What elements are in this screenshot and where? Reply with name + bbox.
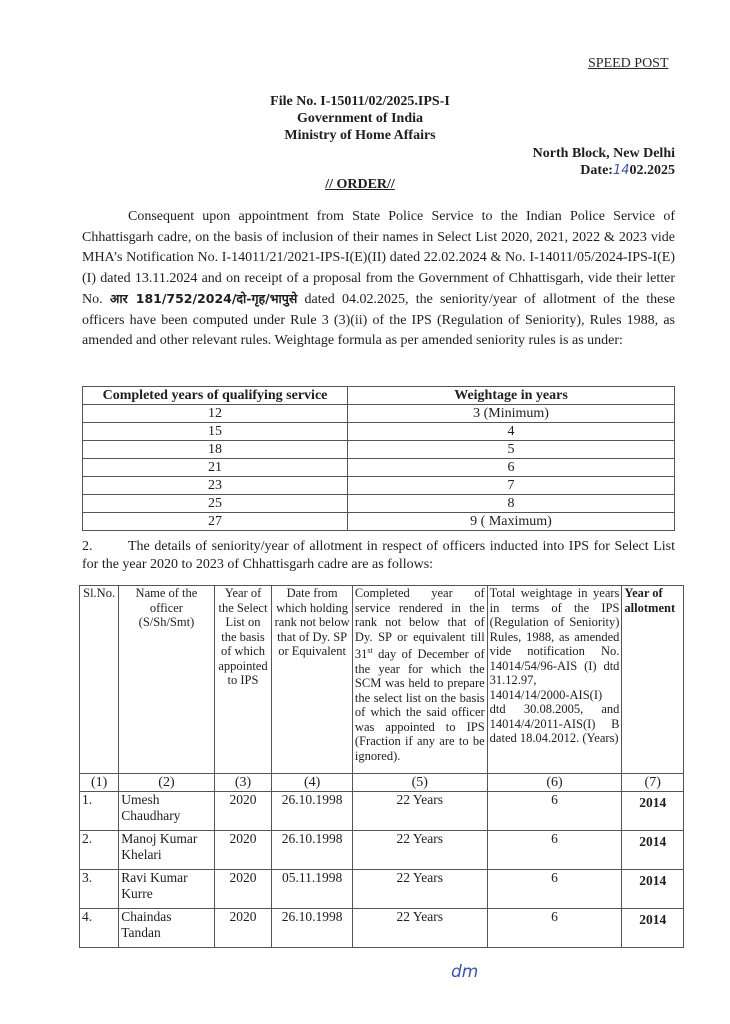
date-line: Date:1402.2025 — [505, 162, 675, 179]
year-of-allotment: 2014 — [622, 792, 684, 831]
dysp-rank-date: 26.10.1998 — [272, 792, 353, 831]
qualifying-service-years: 25 — [83, 495, 348, 513]
weightage-row: 216 — [83, 459, 675, 477]
dysp-rank-date: 05.11.1998 — [272, 870, 353, 909]
weightage-row: 258 — [83, 495, 675, 513]
total-weightage: 6 — [487, 792, 622, 831]
column-number-row: (1)(2)(3)(4)(5)(6)(7) — [80, 774, 684, 792]
date-rest: 02.2025 — [630, 163, 676, 178]
weightage-row: 237 — [83, 477, 675, 495]
weightage-row: 185 — [83, 441, 675, 459]
officer-name: Manoj Kumar Khelari — [119, 831, 214, 870]
weightage-years: 8 — [348, 495, 675, 513]
date-label: Date: — [580, 163, 613, 178]
year-of-allotment: 2014 — [622, 870, 684, 909]
paragraph-2-number: 2. — [82, 538, 128, 556]
header-select-list-year: Year of the Select List on the basis of … — [214, 586, 272, 774]
column-number: (5) — [352, 774, 487, 792]
column-number: (7) — [622, 774, 684, 792]
qualifying-service-years: 15 — [83, 423, 348, 441]
speed-post-label: SPEED POST — [588, 56, 669, 72]
sl-no: 3. — [80, 870, 119, 909]
header-total-weightage: Total weightage in years in terms of the… — [487, 586, 622, 774]
weightage-row: 154 — [83, 423, 675, 441]
location: North Block, New Delhi — [505, 145, 675, 162]
sl-no: 1. — [80, 792, 119, 831]
date-handwritten-day: 14 — [613, 163, 630, 178]
weightage-row: 123 (Minimum) — [83, 405, 675, 423]
year-of-allotment: 2014 — [622, 831, 684, 870]
select-list-year: 2020 — [214, 792, 272, 831]
paragraph-2: 2.The details of seniority/year of allot… — [82, 538, 675, 574]
column-number: (1) — [80, 774, 119, 792]
header-sl-no: Sl.No. — [80, 586, 119, 774]
header-completed-service: Completed year of service rendered in th… — [352, 586, 487, 774]
year-of-allotment: 2014 — [622, 909, 684, 948]
hindi-letter-reference: आर 181/752/2024/दो-गृह/भापुसे — [110, 291, 297, 306]
letter-header: File No. I-15011/02/2025.IPS-I Governmen… — [250, 93, 470, 144]
qualifying-service-years: 21 — [83, 459, 348, 477]
header-dysp-rank-date: Date from which holding rank not below t… — [272, 586, 353, 774]
officer-row: 2.Manoj Kumar Khelari202026.10.199822 Ye… — [80, 831, 684, 870]
qualifying-service-years: 23 — [83, 477, 348, 495]
weightage-table: Completed years of qualifying service We… — [82, 386, 675, 531]
officer-row: 4.Chaindas Tandan202026.10.199822 Years6… — [80, 909, 684, 948]
officer-name: Umesh Chaudhary — [119, 792, 214, 831]
order-title: // ORDER// — [270, 177, 450, 193]
total-weightage: 6 — [487, 909, 622, 948]
completed-service: 22 Years — [352, 831, 487, 870]
paragraph-1: Consequent upon appointment from State P… — [82, 207, 675, 352]
completed-service: 22 Years — [352, 792, 487, 831]
weightage-years: 5 — [348, 441, 675, 459]
weightage-header-years: Weightage in years — [348, 387, 675, 405]
total-weightage: 6 — [487, 870, 622, 909]
signature: dm — [451, 962, 478, 982]
dysp-rank-date: 26.10.1998 — [272, 831, 353, 870]
dysp-rank-date: 26.10.1998 — [272, 909, 353, 948]
qualifying-service-years: 12 — [83, 405, 348, 423]
weightage-years: 9 ( Maximum) — [348, 513, 675, 531]
sl-no: 4. — [80, 909, 119, 948]
weightage-header-service: Completed years of qualifying service — [83, 387, 348, 405]
select-list-year: 2020 — [214, 831, 272, 870]
government-name: Government of India — [250, 110, 470, 127]
select-list-year: 2020 — [214, 909, 272, 948]
header-year-of-allotment: Year of allotment — [622, 586, 684, 774]
header-officer-name: Name of the officer (S/Sh/Smt) — [119, 586, 214, 774]
address-date-block: North Block, New Delhi Date:1402.2025 — [505, 145, 675, 179]
ministry-name: Ministry of Home Affairs — [250, 127, 470, 144]
total-weightage: 6 — [487, 831, 622, 870]
weightage-years: 7 — [348, 477, 675, 495]
officer-row: 1.Umesh Chaudhary202026.10.199822 Years6… — [80, 792, 684, 831]
weightage-years: 3 (Minimum) — [348, 405, 675, 423]
officer-name: Chaindas Tandan — [119, 909, 214, 948]
qualifying-service-years: 27 — [83, 513, 348, 531]
seniority-table: Sl.No. Name of the officer (S/Sh/Smt) Ye… — [79, 585, 684, 948]
weightage-row: 279 ( Maximum) — [83, 513, 675, 531]
officer-name: Ravi Kumar Kurre — [119, 870, 214, 909]
column-number: (3) — [214, 774, 272, 792]
sl-no: 2. — [80, 831, 119, 870]
officer-row: 3.Ravi Kumar Kurre202005.11.199822 Years… — [80, 870, 684, 909]
column-number: (4) — [272, 774, 353, 792]
paragraph-2-text: The details of seniority/year of allotme… — [82, 539, 675, 572]
qualifying-service-years: 18 — [83, 441, 348, 459]
weightage-years: 4 — [348, 423, 675, 441]
completed-service: 22 Years — [352, 870, 487, 909]
weightage-years: 6 — [348, 459, 675, 477]
file-number: File No. I-15011/02/2025.IPS-I — [250, 93, 470, 110]
column-number: (6) — [487, 774, 622, 792]
completed-service: 22 Years — [352, 909, 487, 948]
select-list-year: 2020 — [214, 870, 272, 909]
column-number: (2) — [119, 774, 214, 792]
